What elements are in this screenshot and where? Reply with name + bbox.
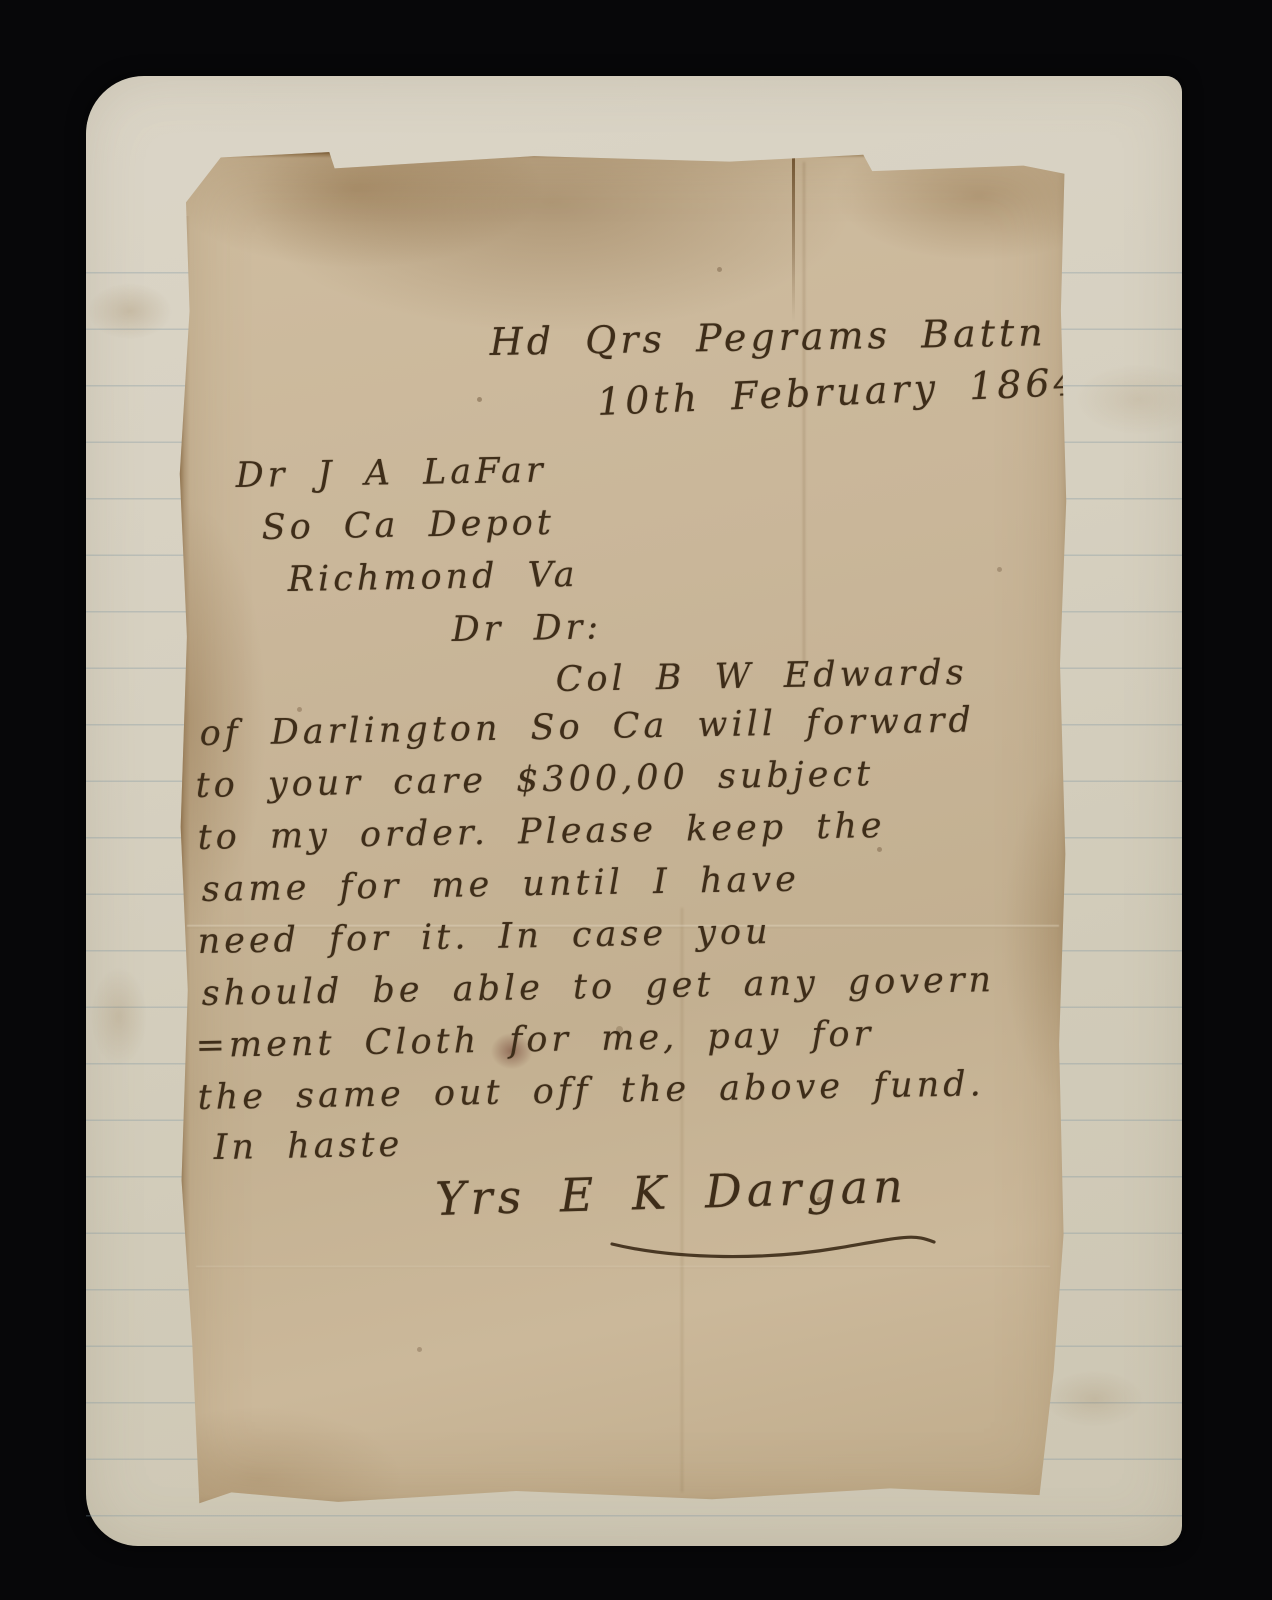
stain-drip [792, 154, 795, 322]
letter-sheet: Hd Qrs Pegrams Battn 10th February 1864 … [178, 148, 1068, 1506]
date-line: 10th February 1864 [596, 360, 1082, 424]
closing-line: In haste [213, 1125, 403, 1168]
heading-line: Hd Qrs Pegrams Battn [489, 310, 1047, 364]
body-line-1: Col B W Edwards [555, 653, 968, 700]
photo-background: Hd Qrs Pegrams Battn 10th February 1864 … [0, 0, 1272, 1600]
recipient-name: Dr J A LaFar [235, 451, 547, 496]
body-line-9: the same out off the above fund. [197, 1064, 985, 1118]
body-line-4: to my order. Please keep the [197, 806, 886, 858]
body-line-5: same for me until I have [201, 860, 800, 910]
body-line-3: to your care $300,00 subject [195, 754, 874, 806]
recipient-city: Richmond Va [287, 555, 579, 600]
body-line-6: need for it. In case you [197, 912, 772, 962]
recipient-depot: So Ca Depot [261, 503, 555, 548]
body-line-7: should be able to get any govern [201, 960, 995, 1014]
salutation: Dr Dr: [451, 607, 602, 650]
fold-crease-horizontal-lower [196, 1266, 1050, 1268]
signature: Yrs E K Dargan [434, 1159, 908, 1226]
body-line-8: =ment Cloth for me, pay for [195, 1014, 874, 1066]
signature-flourish [608, 1230, 938, 1264]
body-line-2: of Darlington So Ca will forward [199, 700, 975, 754]
